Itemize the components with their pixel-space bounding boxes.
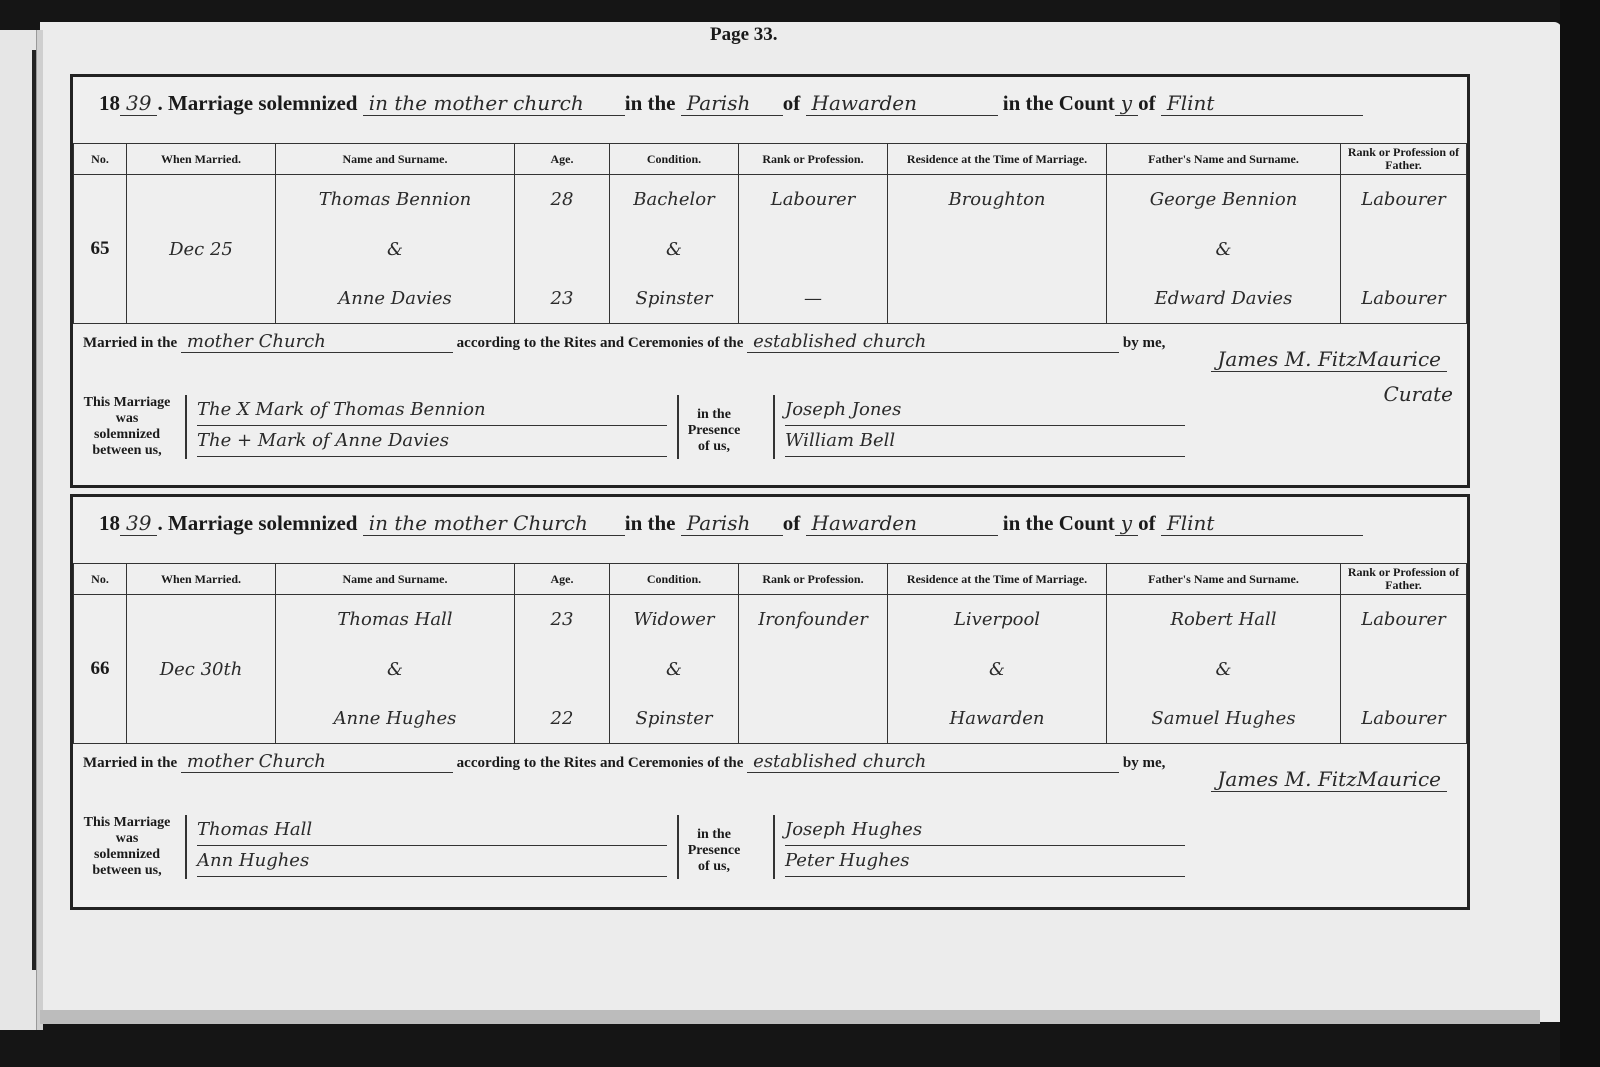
year-suffix: 39 — [120, 91, 157, 116]
col-father-profession: Rank or Profession of Father. — [1341, 564, 1467, 595]
heading-text: of — [783, 511, 801, 536]
col-residence: Residence at the Time of Marriage. — [888, 144, 1107, 175]
officiant-role: Curate — [1383, 382, 1453, 406]
married-in-label: Married in the — [83, 335, 177, 351]
heading-text: of — [1138, 91, 1156, 116]
ampersand: & — [387, 659, 403, 680]
bride-father-profession: Labourer — [1361, 708, 1446, 729]
heading-text: . Marriage solemnized — [157, 91, 357, 116]
parties-signatures: The X Mark of Thomas Bennion The + Mark … — [185, 395, 679, 459]
col-when-married: When Married. — [127, 564, 276, 595]
year-prefix: 18 — [99, 91, 120, 116]
col-age: Age. — [515, 144, 610, 175]
entry-number: 66 — [91, 658, 110, 679]
groom-condition: Widower — [634, 609, 715, 630]
groom-residence: Broughton — [948, 189, 1045, 210]
groom-residence: Liverpool — [954, 609, 1040, 630]
groom-profession: Labourer — [771, 189, 856, 210]
bride-signature: Ann Hughes — [197, 846, 667, 877]
married-in-line: Married in the mother Church according t… — [83, 751, 1165, 773]
label-line: of us, — [679, 439, 749, 455]
label-line: This Marriage — [81, 815, 173, 831]
heading-text: in the — [625, 511, 676, 536]
officiant-signature: James M. FitzMaurice — [1211, 767, 1447, 792]
ampersand: & — [387, 239, 403, 260]
parties-signatures: Thomas Hall Ann Hughes — [185, 815, 679, 879]
col-father-name: Father's Name and Surname. — [1107, 564, 1341, 595]
year-prefix: 18 — [99, 511, 120, 536]
ampersand: & — [666, 239, 682, 260]
presence-label: in the Presence of us, — [679, 827, 749, 875]
bride-age: 22 — [551, 708, 574, 729]
when-married: Dec 25 — [127, 175, 276, 324]
groom-name: Thomas Hall — [337, 609, 452, 630]
book-gutter — [36, 30, 43, 1030]
label-line: Presence — [679, 423, 749, 439]
col-profession: Rank or Profession. — [739, 144, 888, 175]
married-in-label: Married in the — [83, 755, 177, 771]
groom-father-profession: Labourer — [1361, 189, 1446, 210]
district: Hawarden — [806, 511, 998, 536]
county: Flint — [1161, 511, 1363, 536]
district: Hawarden — [806, 91, 998, 116]
table-row: 65 Dec 25 Thomas Bennion&Anne Davies 282… — [74, 175, 1467, 324]
heading-text: in the — [625, 91, 676, 116]
between-label: This Marriage was solemnized between us, — [81, 395, 173, 459]
column-headers: No. When Married. Name and Surname. Age.… — [74, 564, 1467, 595]
groom-condition: Bachelor — [633, 189, 714, 210]
bride-condition: Spinster — [636, 708, 713, 729]
when-married: Dec 30th — [127, 595, 276, 744]
county-suffix: y — [1115, 91, 1138, 116]
rites-value: established church — [747, 331, 1119, 353]
label-line: in the — [679, 827, 749, 843]
col-name: Name and Surname. — [276, 564, 515, 595]
witness-2: Peter Hughes — [785, 846, 1185, 877]
entry-number: 65 — [91, 238, 110, 259]
label-line: in the — [679, 407, 749, 423]
bride-condition: Spinster — [636, 288, 713, 309]
heading-text: in the Count — [1003, 91, 1115, 116]
bride-name: Anne Davies — [338, 288, 452, 309]
groom-father: George Bennion — [1150, 189, 1298, 210]
groom-age: 23 — [551, 609, 574, 630]
groom-father: Robert Hall — [1170, 609, 1276, 630]
heading-text: . Marriage solemnized — [157, 511, 357, 536]
bride-profession: — — [804, 288, 822, 309]
heading-text: of — [1138, 511, 1156, 536]
label-line: solemnized — [81, 427, 173, 443]
label-line: This Marriage — [81, 395, 173, 411]
label-line: was — [81, 411, 173, 427]
bride-name: Anne Hughes — [334, 708, 457, 729]
col-condition: Condition. — [610, 144, 739, 175]
rites-value: established church — [747, 751, 1119, 773]
book-cover-edge — [1560, 0, 1600, 1067]
col-father-profession: Rank or Profession of Father. — [1341, 144, 1467, 175]
col-father-name: Father's Name and Surname. — [1107, 144, 1341, 175]
married-in-value: mother Church — [181, 751, 453, 773]
witness-2: William Bell — [785, 426, 1185, 457]
marriage-place: in the mother Church — [363, 511, 625, 536]
officiant-signature: James M. FitzMaurice — [1211, 347, 1447, 372]
by-me-label: by me, — [1123, 755, 1166, 771]
bride-age: 23 — [551, 288, 574, 309]
label-line: of us, — [679, 859, 749, 875]
ampersand: & — [1215, 659, 1231, 680]
bride-father-profession: Labourer — [1361, 288, 1446, 309]
bride-father: Samuel Hughes — [1151, 708, 1295, 729]
county: Flint — [1161, 91, 1363, 116]
presence-label: in the Presence of us, — [679, 407, 749, 455]
groom-name: Thomas Bennion — [319, 189, 471, 210]
col-residence: Residence at the Time of Marriage. — [888, 564, 1107, 595]
label-line: Presence — [679, 843, 749, 859]
year-suffix: 39 — [120, 511, 157, 536]
column-headers: No. When Married. Name and Surname. Age.… — [74, 144, 1467, 175]
marriage-entry-65: 1839. Marriage solemnized in the mother … — [70, 74, 1470, 488]
label-line: solemnized — [81, 847, 173, 863]
groom-father-profession: Labourer — [1361, 609, 1446, 630]
groom-profession: Ironfounder — [758, 609, 868, 630]
label-line: between us, — [81, 863, 173, 879]
witness-signatures: Joseph Hughes Peter Hughes — [773, 815, 1195, 879]
col-when-married: When Married. — [127, 144, 276, 175]
witness-1: Joseph Hughes — [785, 815, 1185, 846]
marriage-place: in the mother church — [363, 91, 625, 116]
district-type: Parish — [681, 511, 783, 536]
ampersand: & — [989, 659, 1005, 680]
married-in-line: Married in the mother Church according t… — [83, 331, 1165, 353]
bride-signature: The + Mark of Anne Davies — [197, 426, 667, 457]
col-profession: Rank or Profession. — [739, 564, 888, 595]
bride-residence: Hawarden — [950, 708, 1045, 729]
by-me-label: by me, — [1123, 335, 1166, 351]
groom-signature: The X Mark of Thomas Bennion — [197, 395, 667, 426]
entry-heading: 1839. Marriage solemnized in the mother … — [99, 91, 1363, 116]
rites-label: according to the Rites and Ceremonies of… — [457, 335, 744, 351]
register-table: No. When Married. Name and Surname. Age.… — [73, 563, 1467, 744]
married-in-value: mother Church — [181, 331, 453, 353]
col-name: Name and Surname. — [276, 144, 515, 175]
marriage-entry-66: 1839. Marriage solemnized in the mother … — [70, 494, 1470, 910]
previous-page-edge — [0, 30, 40, 1030]
table-row: 66 Dec 30th Thomas Hall&Anne Hughes 2322… — [74, 595, 1467, 744]
heading-text: in the Count — [1003, 511, 1115, 536]
witness-1: Joseph Jones — [785, 395, 1185, 426]
between-label: This Marriage was solemnized between us, — [81, 815, 173, 879]
page-stack-edge — [40, 1010, 1540, 1024]
rites-label: according to the Rites and Ceremonies of… — [457, 755, 744, 771]
register-table: No. When Married. Name and Surname. Age.… — [73, 143, 1467, 324]
page-number: Page 33. — [710, 24, 778, 46]
county-suffix: y — [1115, 511, 1138, 536]
groom-age: 28 — [551, 189, 574, 210]
bride-father: Edward Davies — [1155, 288, 1293, 309]
ampersand: & — [666, 659, 682, 680]
witness-signatures: Joseph Jones William Bell — [773, 395, 1195, 459]
label-line: between us, — [81, 443, 173, 459]
district-type: Parish — [681, 91, 783, 116]
col-no: No. — [74, 564, 127, 595]
ampersand: & — [1215, 239, 1231, 260]
entry-heading: 1839. Marriage solemnized in the mother … — [99, 511, 1363, 536]
col-no: No. — [74, 144, 127, 175]
col-condition: Condition. — [610, 564, 739, 595]
col-age: Age. — [515, 564, 610, 595]
groom-signature: Thomas Hall — [197, 815, 667, 846]
heading-text: of — [783, 91, 801, 116]
label-line: was — [81, 831, 173, 847]
